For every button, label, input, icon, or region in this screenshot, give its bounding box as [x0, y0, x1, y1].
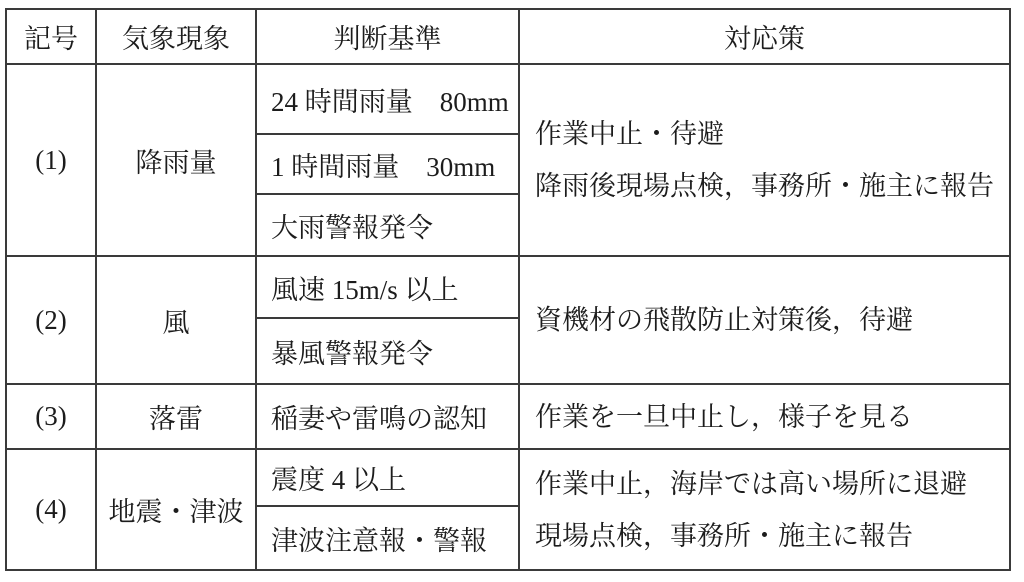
header-symbol: 記号: [6, 9, 96, 64]
criteria-cell: 震度 4 以上: [256, 449, 519, 506]
symbol-cell: (2): [6, 256, 96, 384]
criteria-cell: 風速 15m/s 以上: [256, 256, 519, 318]
criteria-cell: 1 時間雨量 30mm: [256, 134, 519, 194]
weather-response-table: 記号 気象現象 判断基準 対応策 (1) 降雨量 24 時間雨量 80mm 作業…: [5, 8, 1011, 571]
header-response: 対応策: [519, 9, 1010, 64]
criteria-cell: 大雨警報発令: [256, 194, 519, 256]
response-line: 資機材の飛散防止対策後，待避: [535, 294, 1005, 346]
response-cell: 作業を一旦中止し，様子を見る: [519, 384, 1010, 449]
symbol-cell: (3): [6, 384, 96, 449]
phenomenon-cell: 地震・津波: [96, 449, 256, 570]
response-cell: 資機材の飛散防止対策後，待避: [519, 256, 1010, 384]
header-criteria: 判断基準: [256, 9, 519, 64]
header-phenomenon: 気象現象: [96, 9, 256, 64]
table-row: (3) 落雷 稲妻や雷鳴の認知 作業を一旦中止し，様子を見る: [6, 384, 1010, 449]
table-row: (2) 風 風速 15m/s 以上 資機材の飛散防止対策後，待避: [6, 256, 1010, 318]
phenomenon-cell: 降雨量: [96, 64, 256, 256]
response-line: 降雨後現場点検，事務所・施主に報告: [535, 160, 1005, 212]
table-row: (4) 地震・津波 震度 4 以上 作業中止，海岸では高い場所に退避 現場点検，…: [6, 449, 1010, 506]
criteria-cell: 暴風警報発令: [256, 318, 519, 384]
phenomenon-cell: 風: [96, 256, 256, 384]
symbol-cell: (1): [6, 64, 96, 256]
criteria-cell: 稲妻や雷鳴の認知: [256, 384, 519, 449]
table-header-row: 記号 気象現象 判断基準 対応策: [6, 9, 1010, 64]
response-line: 現場点検，事務所・施主に報告: [535, 510, 1005, 562]
table-row: (1) 降雨量 24 時間雨量 80mm 作業中止・待避 降雨後現場点検，事務所…: [6, 64, 1010, 134]
phenomenon-cell: 落雷: [96, 384, 256, 449]
response-cell: 作業中止・待避 降雨後現場点検，事務所・施主に報告: [519, 64, 1010, 256]
symbol-cell: (4): [6, 449, 96, 570]
response-line: 作業中止・待避: [535, 108, 1005, 160]
criteria-cell: 24 時間雨量 80mm: [256, 64, 519, 134]
response-line: 作業を一旦中止し，様子を見る: [535, 391, 1005, 443]
response-cell: 作業中止，海岸では高い場所に退避 現場点検，事務所・施主に報告: [519, 449, 1010, 570]
criteria-cell: 津波注意報・警報: [256, 506, 519, 570]
response-line: 作業中止，海岸では高い場所に退避: [535, 458, 1005, 510]
